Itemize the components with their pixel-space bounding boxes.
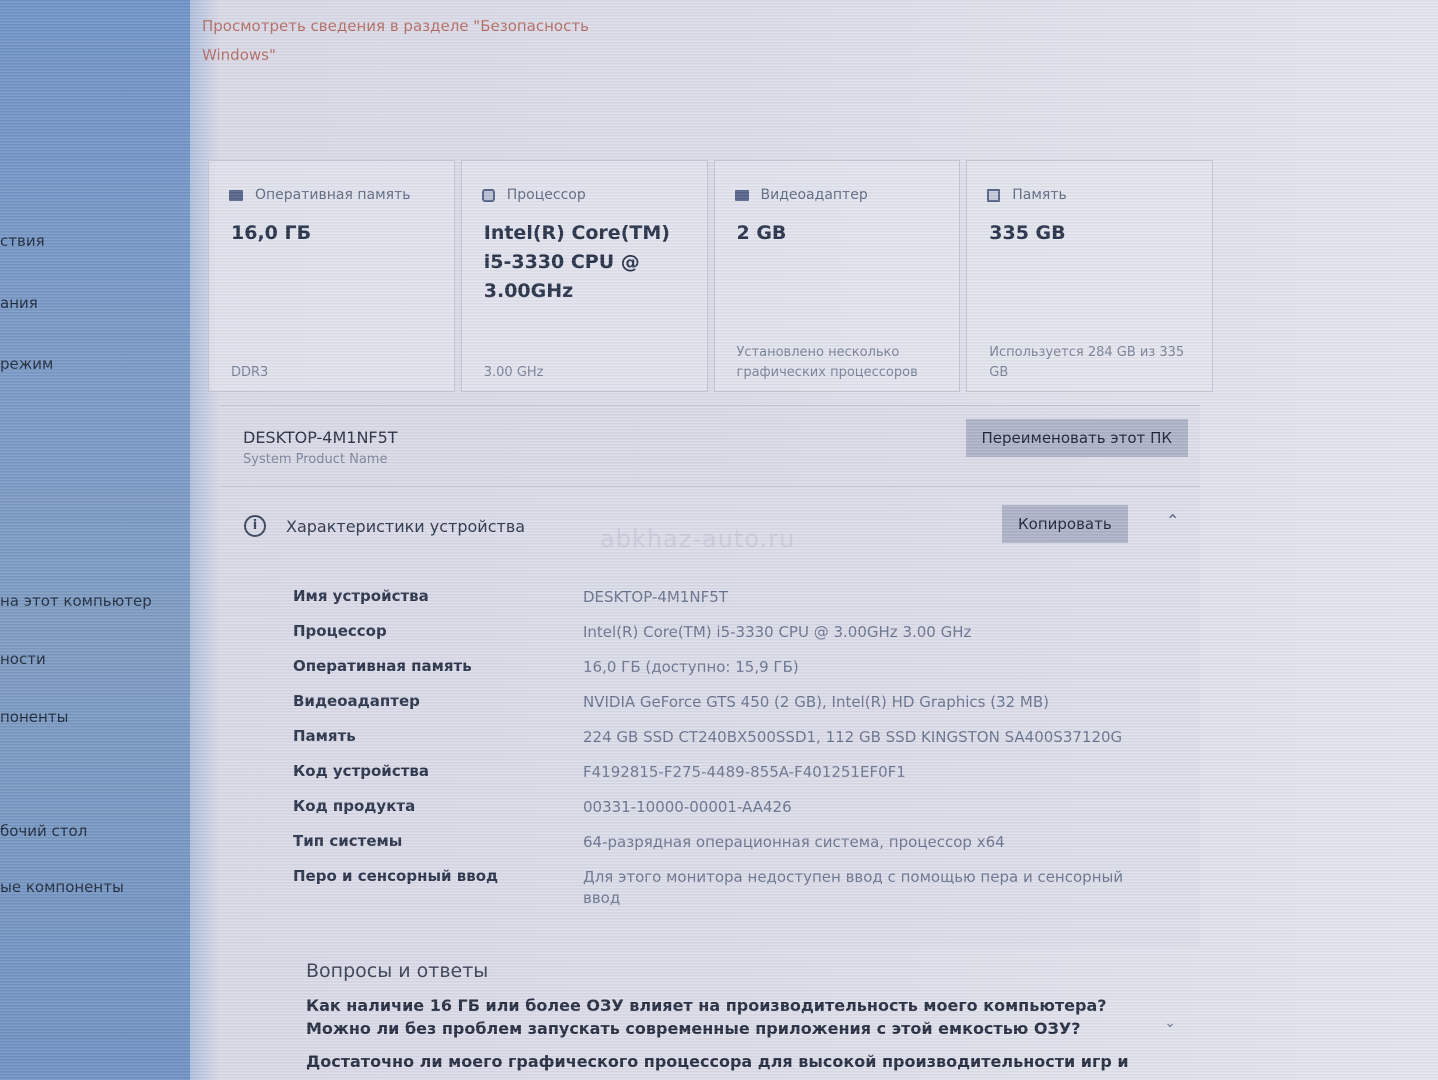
card-title: Процессор xyxy=(507,187,586,203)
card-title: Видеоадаптер xyxy=(761,187,868,203)
qa-question[interactable]: Достаточно ли моего графического процесс… xyxy=(306,1050,1136,1073)
card-footer: Установлено несколько графических процес… xyxy=(737,343,947,383)
card-gpu: Видеоадаптер 2 GB Установлено несколько … xyxy=(714,160,961,392)
spec-value: 16,0 ГБ (доступно: 15,9 ГБ) xyxy=(583,657,1143,680)
spec-row: Перо и сенсорный ввод Для этого монитора… xyxy=(293,867,1163,909)
spec-value: Intel(R) Core(TM) i5-3330 CPU @ 3.00GHz … xyxy=(583,622,1143,645)
qa-title: Вопросы и ответы xyxy=(306,960,1206,982)
spec-value: 224 GB SSD CT240BX500SSD1, 112 GB SSD KI… xyxy=(583,727,1143,750)
chevron-down-icon[interactable]: ⌄ xyxy=(1164,1012,1176,1035)
copy-button[interactable]: Копировать xyxy=(1002,505,1128,543)
settings-window: ствия ания режим на этот компьютер ности… xyxy=(0,0,1438,1080)
card-cpu: Процессор Intel(R) Core(TM) i5-3330 CPU … xyxy=(461,160,708,392)
spec-label: Память xyxy=(293,727,583,750)
sidebar-item-components[interactable]: поненты xyxy=(0,708,68,726)
card-title: Оперативная память xyxy=(255,187,410,203)
watermark: abkhaz-auto.ru xyxy=(600,525,795,553)
qa-question-text: Достаточно ли моего графического процесс… xyxy=(306,1052,1129,1071)
sidebar-item-mode[interactable]: режим xyxy=(0,355,53,373)
spec-row: Код продукта 00331-10000-00001-AA426 xyxy=(293,797,1163,820)
spec-value: F4192815-F275-4489-855A-F401251EF0F1 xyxy=(583,762,1143,785)
device-specs-section: i Характеристики устройства Копировать ⌃… xyxy=(220,487,1200,947)
spec-row: Код устройства F4192815-F275-4489-855A-F… xyxy=(293,762,1163,785)
gpu-icon xyxy=(735,190,749,201)
sidebar: ствия ания режим на этот компьютер ности… xyxy=(0,0,190,1080)
device-model: System Product Name xyxy=(243,452,387,467)
specs-title: Характеристики устройства xyxy=(286,517,525,536)
card-value: 16,0 ГБ xyxy=(231,219,431,248)
sidebar-item-actions[interactable]: ствия xyxy=(0,232,45,250)
spec-row: Видеоадаптер NVIDIA GeForce GTS 450 (2 G… xyxy=(293,692,1163,715)
sidebar-item-features[interactable]: ности xyxy=(0,650,46,668)
card-ram: Оперативная память 16,0 ГБ DDR3 xyxy=(208,160,455,392)
sidebar-item-remote-desktop[interactable]: бочий стол xyxy=(0,822,87,840)
card-title: Память xyxy=(1012,187,1067,203)
spec-value: 00331-10000-00001-AA426 xyxy=(583,797,1143,820)
specs-table: Имя устройства DESKTOP-4M1NF5T Процессор… xyxy=(293,587,1163,921)
sidebar-item-projecting[interactable]: на этот компьютер xyxy=(0,592,152,610)
spec-label: Код продукта xyxy=(293,797,583,820)
qa-question-text: Как наличие 16 ГБ или более ОЗУ влияет н… xyxy=(306,996,1107,1038)
spec-row: Оперативная память 16,0 ГБ (доступно: 15… xyxy=(293,657,1163,680)
spec-label: Видеоадаптер xyxy=(293,692,583,715)
card-footer: DDR3 xyxy=(231,363,441,383)
spec-value: DESKTOP-4M1NF5T xyxy=(583,587,1143,610)
device-name-section: DESKTOP-4M1NF5T System Product Name Пере… xyxy=(220,405,1200,487)
spec-label: Код устройства xyxy=(293,762,583,785)
rename-pc-button[interactable]: Переименовать этот ПК xyxy=(966,419,1189,457)
spec-value: Для этого монитора недоступен ввод с пом… xyxy=(583,867,1143,909)
windows-security-link[interactable]: Просмотреть сведения в разделе "Безопасн… xyxy=(202,12,622,70)
sidebar-item-optional-components[interactable]: ые компоненты xyxy=(0,878,124,896)
ram-icon xyxy=(229,190,243,201)
specs-header[interactable]: i Характеристики устройства xyxy=(244,515,525,537)
spec-label: Перо и сенсорный ввод xyxy=(293,867,583,909)
device-name: DESKTOP-4M1NF5T xyxy=(243,428,398,447)
card-value: Intel(R) Core(TM) i5-3330 CPU @ 3.00GHz xyxy=(484,219,684,306)
spec-label: Имя устройства xyxy=(293,587,583,610)
spec-row: Память 224 GB SSD CT240BX500SSD1, 112 GB… xyxy=(293,727,1163,750)
card-footer: 3.00 GHz xyxy=(484,363,694,383)
storage-icon xyxy=(987,189,1000,202)
card-value: 335 GB xyxy=(989,219,1189,248)
spec-row: Имя устройства DESKTOP-4M1NF5T xyxy=(293,587,1163,610)
spec-row: Процессор Intel(R) Core(TM) i5-3330 CPU … xyxy=(293,622,1163,645)
spec-row: Тип системы 64-разрядная операционная си… xyxy=(293,832,1163,855)
spec-value: NVIDIA GeForce GTS 450 (2 GB), Intel(R) … xyxy=(583,692,1143,715)
chevron-up-icon[interactable]: ⌃ xyxy=(1166,511,1179,530)
qa-section: Вопросы и ответы Как наличие 16 ГБ или б… xyxy=(306,960,1206,1080)
card-footer: Используется 284 GB из 335 GB xyxy=(989,343,1199,383)
summary-cards: Оперативная память 16,0 ГБ DDR3 Процессо… xyxy=(208,160,1213,392)
sidebar-item-notifications[interactable]: ания xyxy=(0,294,38,312)
qa-question[interactable]: Как наличие 16 ГБ или более ОЗУ влияет н… xyxy=(306,994,1136,1040)
spec-label: Оперативная память xyxy=(293,657,583,680)
cpu-icon xyxy=(482,189,495,202)
spec-value: 64-разрядная операционная система, проце… xyxy=(583,832,1143,855)
card-storage: Память 335 GB Используется 284 GB из 335… xyxy=(966,160,1213,392)
card-value: 2 GB xyxy=(737,219,937,248)
spec-label: Процессор xyxy=(293,622,583,645)
spec-label: Тип системы xyxy=(293,832,583,855)
info-icon: i xyxy=(244,515,266,537)
